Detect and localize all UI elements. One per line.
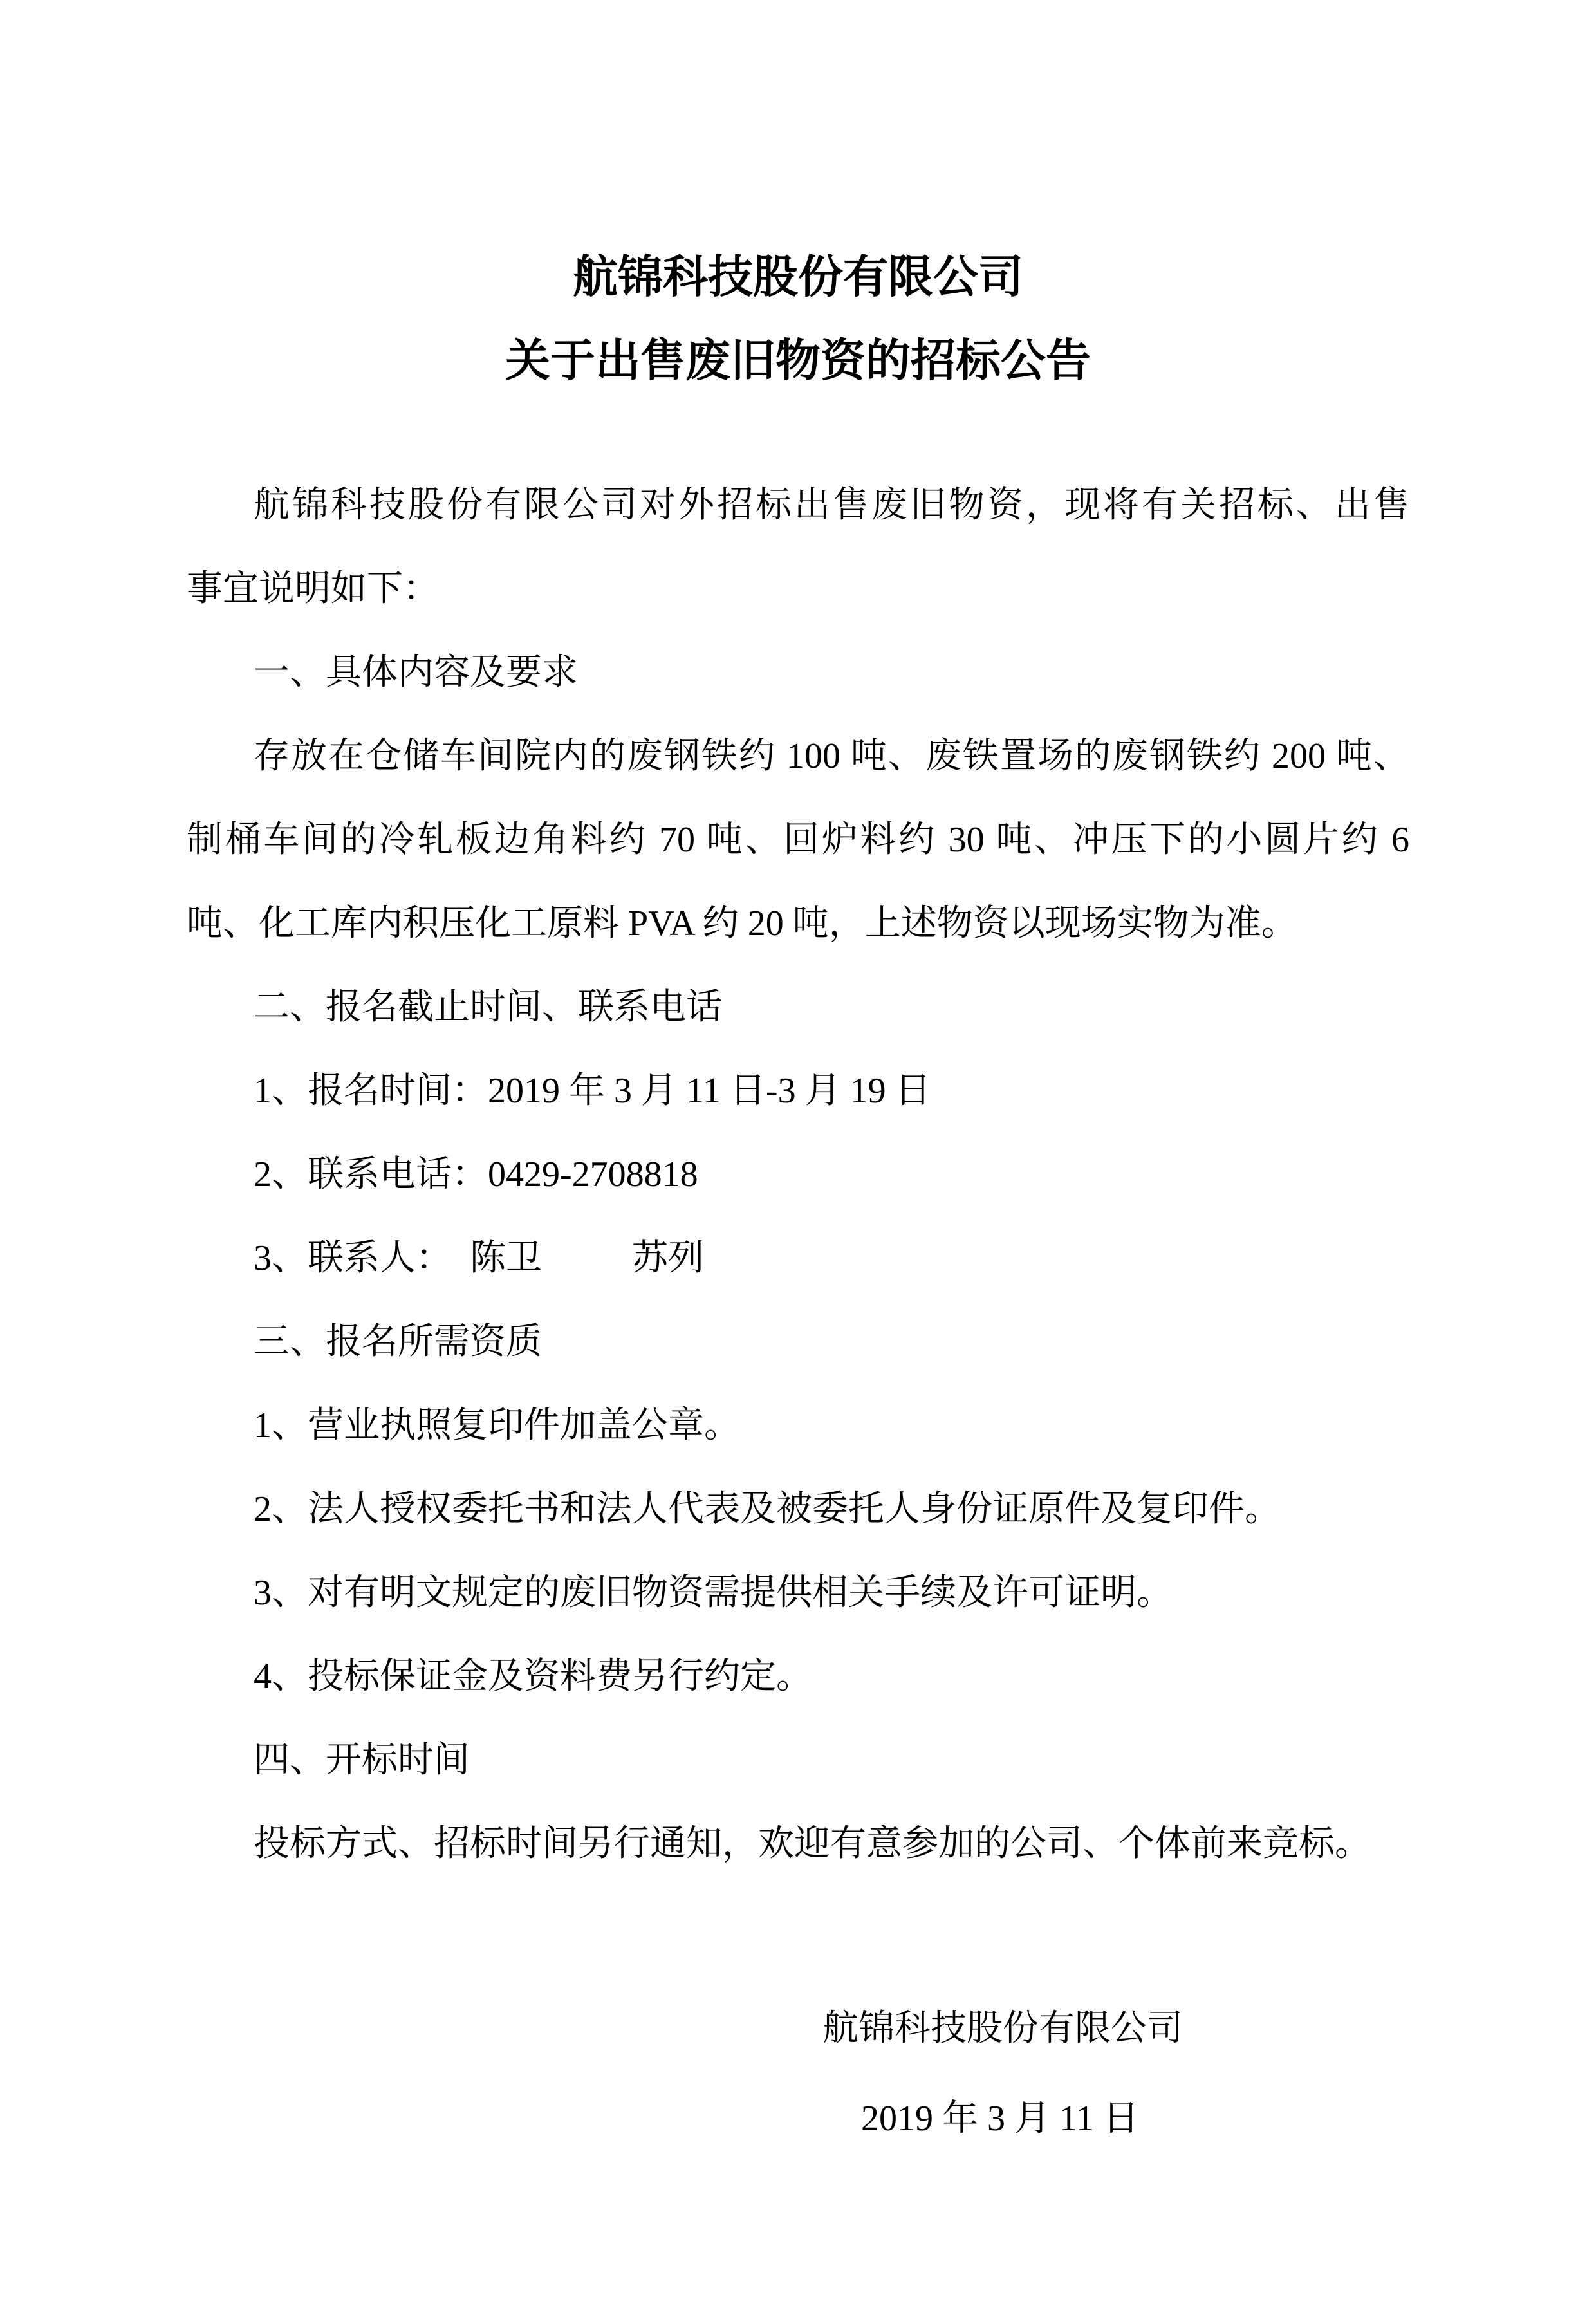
document-page: 航锦科技股份有限公司 关于出售废旧物资的招标公告 航锦科技股份有限公司对外招标出… [0, 0, 1596, 2304]
document-body: 航锦科技股份有限公司对外招标出售废旧物资，现将有关招标、出售事宜说明如下：一、具… [0, 463, 1596, 1886]
doc-title-announcement: 关于出售废旧物资的招标公告 [0, 320, 1596, 404]
body-line: 二、报名截止时间、联系电话 [187, 965, 1409, 1049]
body-line: 1、营业执照复印件加盖公章。 [187, 1384, 1409, 1467]
body-line: 三、报名所需资质 [187, 1300, 1409, 1384]
doc-title-company: 航锦科技股份有限公司 [0, 236, 1596, 320]
document-header: 航锦科技股份有限公司 关于出售废旧物资的招标公告 [0, 0, 1596, 404]
body-line: 3、联系人： 陈卫 苏列 [187, 1216, 1409, 1300]
body-line: 2、法人授权委托书和法人代表及被委托人身份证原件及复印件。 [187, 1467, 1409, 1551]
body-line: 四、开标时间 [187, 1718, 1409, 1802]
body-line: 航锦科技股份有限公司对外招标出售废旧物资，现将有关招标、出售 [187, 463, 1409, 547]
body-line: 2、联系电话：0429-2708818 [187, 1133, 1409, 1216]
signature-block: 航锦科技股份有限公司 2019 年 3 月 11 日 [0, 1987, 1596, 2160]
body-line: 3、对有明文规定的废旧物资需提供相关手续及许可证明。 [187, 1551, 1409, 1635]
body-line: 吨、化工库内积压化工原料 PVA 约 20 吨，上述物资以现场实物为准。 [187, 882, 1409, 965]
body-line: 投标方式、招标时间另行通知，欢迎有意参加的公司、个体前来竞标。 [187, 1802, 1409, 1886]
signature-date: 2019 年 3 月 11 日 [187, 2077, 1409, 2160]
signature-company: 航锦科技股份有限公司 [187, 1987, 1409, 2070]
body-line: 1、报名时间：2019 年 3 月 11 日-3 月 19 日 [187, 1049, 1409, 1133]
body-line: 存放在仓储车间院内的废钢铁约 100 吨、废铁置场的废钢铁约 200 吨、 [187, 714, 1409, 798]
body-line: 事宜说明如下： [187, 547, 1409, 631]
body-line: 一、具体内容及要求 [187, 631, 1409, 714]
body-line: 4、投标保证金及资料费另行约定。 [187, 1635, 1409, 1718]
body-line: 制桶车间的冷轧板边角料约 70 吨、回炉料约 30 吨、冲压下的小圆片约 6 [187, 798, 1409, 882]
